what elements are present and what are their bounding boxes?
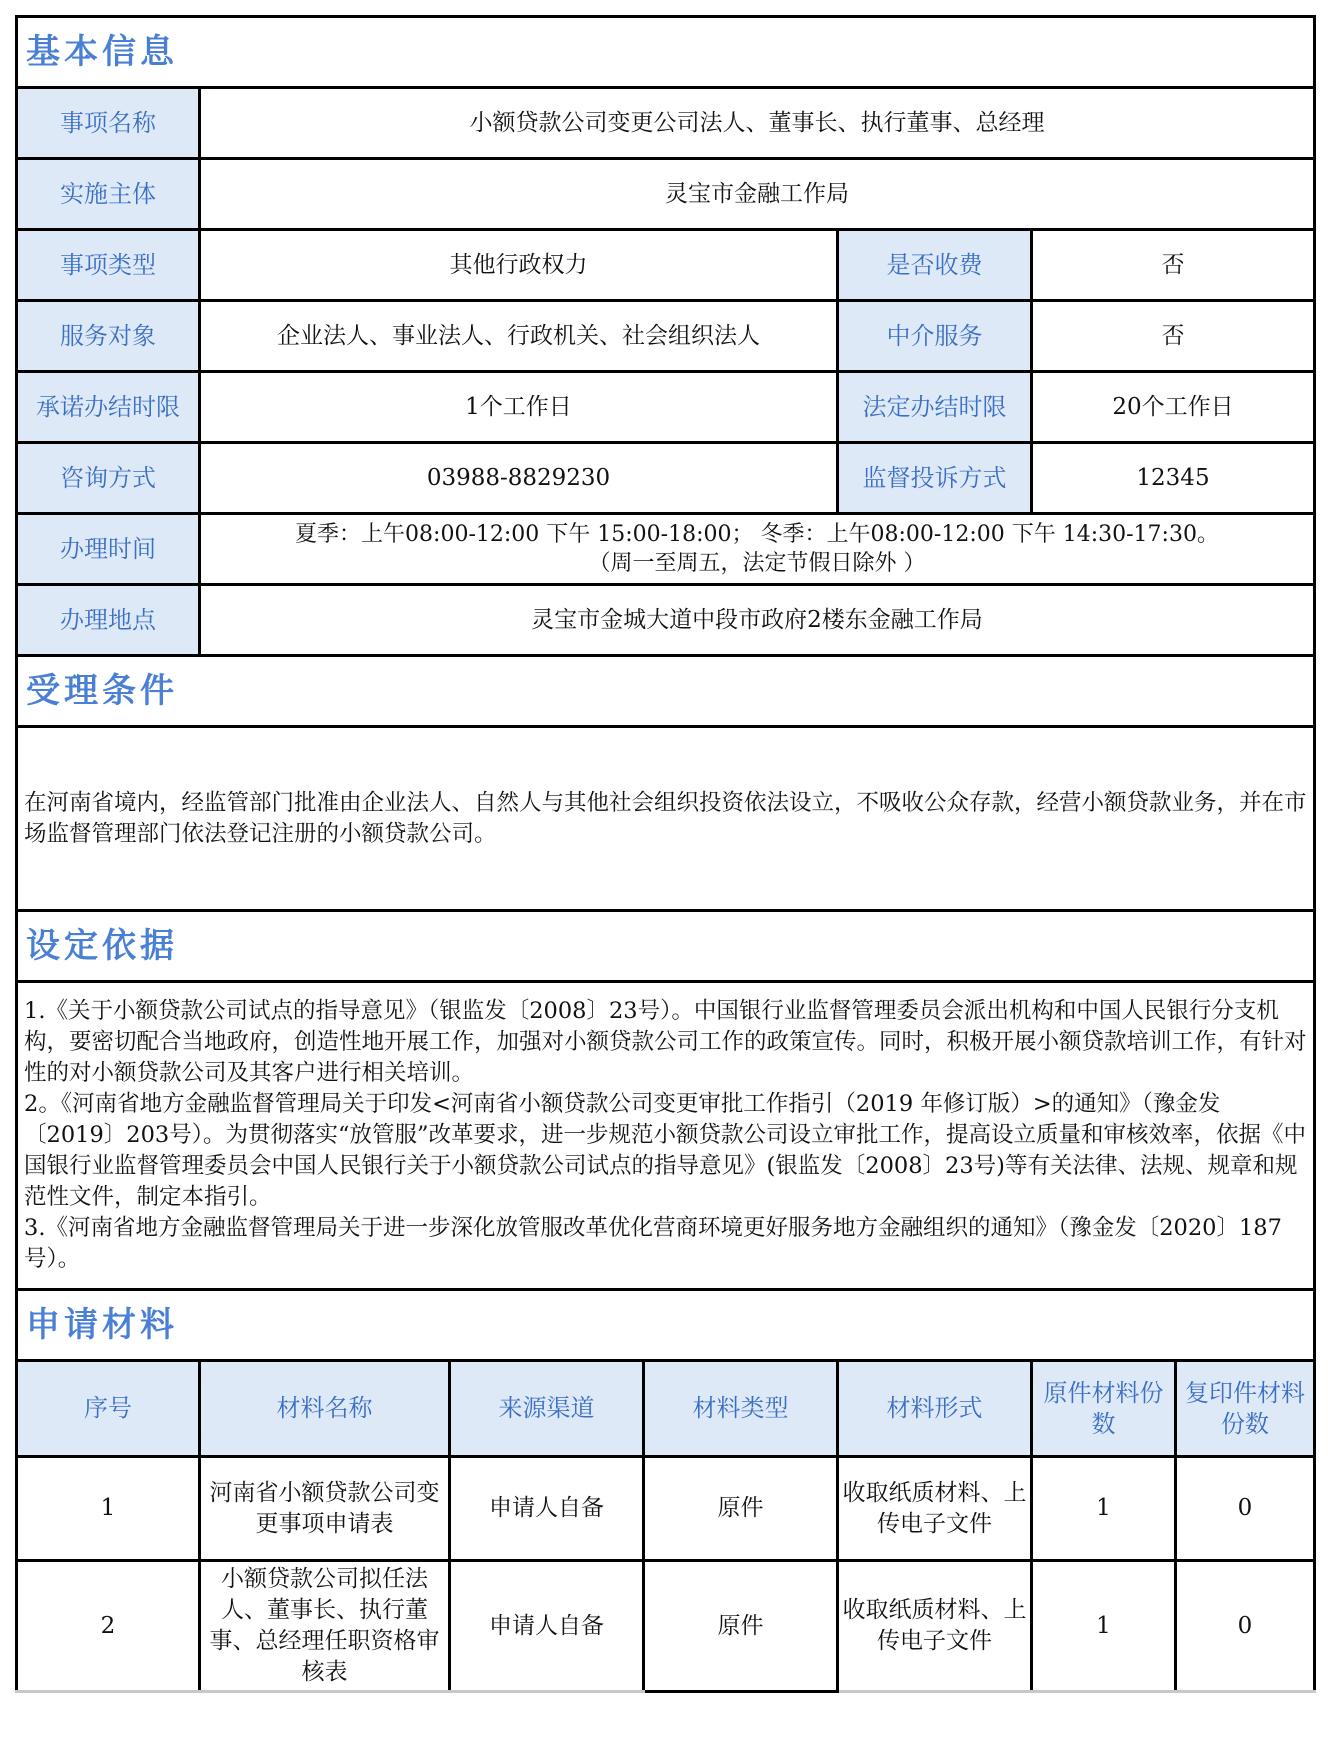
label-location: 办理地点 — [17, 585, 200, 656]
header-source: 来源渠道 — [450, 1361, 644, 1457]
row-type: 原件 — [644, 1561, 838, 1692]
table-row: 1 河南省小额贷款公司变更事项申请表 申请人自备 原件 收取纸质材料、上传电子文… — [17, 1457, 1315, 1561]
value-service-target: 企业法人、事业法人、行政机关、社会组织法人 — [200, 301, 838, 372]
materials-header-row: 序号 材料名称 来源渠道 材料类型 材料形式 原件材料份数 复印件材料份数 — [17, 1361, 1315, 1457]
label-promised-time: 承诺办结时限 — [17, 372, 200, 443]
row-copy: 0 — [1176, 1561, 1315, 1692]
row-copy: 0 — [1176, 1457, 1315, 1561]
row-source: 申请人自备 — [450, 1561, 644, 1692]
row-name: 河南省小额贷款公司变更事项申请表 — [200, 1457, 450, 1561]
row-form: 收取纸质材料、上传电子文件 — [838, 1561, 1032, 1692]
label-charge: 是否收费 — [838, 230, 1032, 301]
value-charge: 否 — [1032, 230, 1315, 301]
row-no: 1 — [17, 1457, 200, 1561]
label-item-type: 事项类型 — [17, 230, 200, 301]
basis-item-1: 1.《关于小额贷款公司试点的指导意见》（银监发〔2008〕23号）。中国银行业监… — [24, 996, 1307, 1089]
row-no: 2 — [17, 1561, 200, 1692]
row-form: 收取纸质材料、上传电子文件 — [838, 1457, 1032, 1561]
conditions-text: 在河南省境内，经监管部门批准由企业法人、自然人与其他社会组织投资依法设立，不吸收… — [17, 727, 1315, 911]
value-implementing-body: 灵宝市金融工作局 — [200, 159, 1315, 230]
basis-item-2: 2。《河南省地方金融监督管理局关于印发<河南省小额贷款公司变更审批工作指引（20… — [24, 1089, 1307, 1213]
header-name: 材料名称 — [200, 1361, 450, 1457]
basic-info-table: 基本信息 事项名称 小额贷款公司变更公司法人、董事长、执行董事、总经理 实施主体… — [15, 15, 1316, 1362]
header-copy-count: 复印件材料份数 — [1176, 1361, 1315, 1457]
value-promised-time: 1个工作日 — [200, 372, 838, 443]
value-legal-time: 20个工作日 — [1032, 372, 1315, 443]
label-implementing-body: 实施主体 — [17, 159, 200, 230]
label-intermediary: 中介服务 — [838, 301, 1032, 372]
value-intermediary: 否 — [1032, 301, 1315, 372]
value-hours: 夏季：上午08:00-12:00 下午 15:00-18:00； 冬季：上午08… — [200, 514, 1315, 585]
header-type: 材料类型 — [644, 1361, 838, 1457]
value-consult-phone: 03988-8829230 — [200, 443, 838, 514]
row-type: 原件 — [644, 1457, 838, 1561]
label-complaint: 监督投诉方式 — [838, 443, 1032, 514]
section-title-basis: 设定依据 — [17, 911, 1315, 982]
label-service-target: 服务对象 — [17, 301, 200, 372]
value-location: 灵宝市金城大道中段市政府2楼东金融工作局 — [200, 585, 1315, 656]
row-original: 1 — [1032, 1561, 1176, 1692]
basis-text: 1.《关于小额贷款公司试点的指导意见》（银监发〔2008〕23号）。中国银行业监… — [17, 982, 1315, 1290]
header-form: 材料形式 — [838, 1361, 1032, 1457]
section-title-conditions: 受理条件 — [17, 656, 1315, 727]
service-guide-sheet: 基本信息 事项名称 小额贷款公司变更公司法人、董事长、执行董事、总经理 实施主体… — [15, 15, 1313, 1693]
hours-line-2: （周一至周五，法定节假日除外 ） — [201, 549, 1313, 578]
materials-table: 序号 材料名称 来源渠道 材料类型 材料形式 原件材料份数 复印件材料份数 1 … — [15, 1359, 1316, 1693]
header-no: 序号 — [17, 1361, 200, 1457]
basis-item-3: 3.《河南省地方金融监督管理局关于进一步深化放管服改革优化营商环境更好服务地方金… — [24, 1213, 1307, 1275]
label-item-name: 事项名称 — [17, 88, 200, 159]
label-hours: 办理时间 — [17, 514, 200, 585]
value-complaint: 12345 — [1032, 443, 1315, 514]
hours-line-1: 夏季：上午08:00-12:00 下午 15:00-18:00； 冬季：上午08… — [201, 520, 1313, 549]
table-row: 2 小额贷款公司拟任法人、董事长、执行董事、总经理任职资格审核表 申请人自备 原… — [17, 1561, 1315, 1692]
row-name: 小额贷款公司拟任法人、董事长、执行董事、总经理任职资格审核表 — [200, 1561, 450, 1692]
section-title-materials: 申请材料 — [17, 1290, 1315, 1361]
row-source: 申请人自备 — [450, 1457, 644, 1561]
row-original: 1 — [1032, 1457, 1176, 1561]
label-legal-time: 法定办结时限 — [838, 372, 1032, 443]
value-item-type: 其他行政权力 — [200, 230, 838, 301]
value-item-name: 小额贷款公司变更公司法人、董事长、执行董事、总经理 — [200, 88, 1315, 159]
header-original-count: 原件材料份数 — [1032, 1361, 1176, 1457]
section-title-basic-info: 基本信息 — [17, 17, 1315, 88]
label-consult: 咨询方式 — [17, 443, 200, 514]
